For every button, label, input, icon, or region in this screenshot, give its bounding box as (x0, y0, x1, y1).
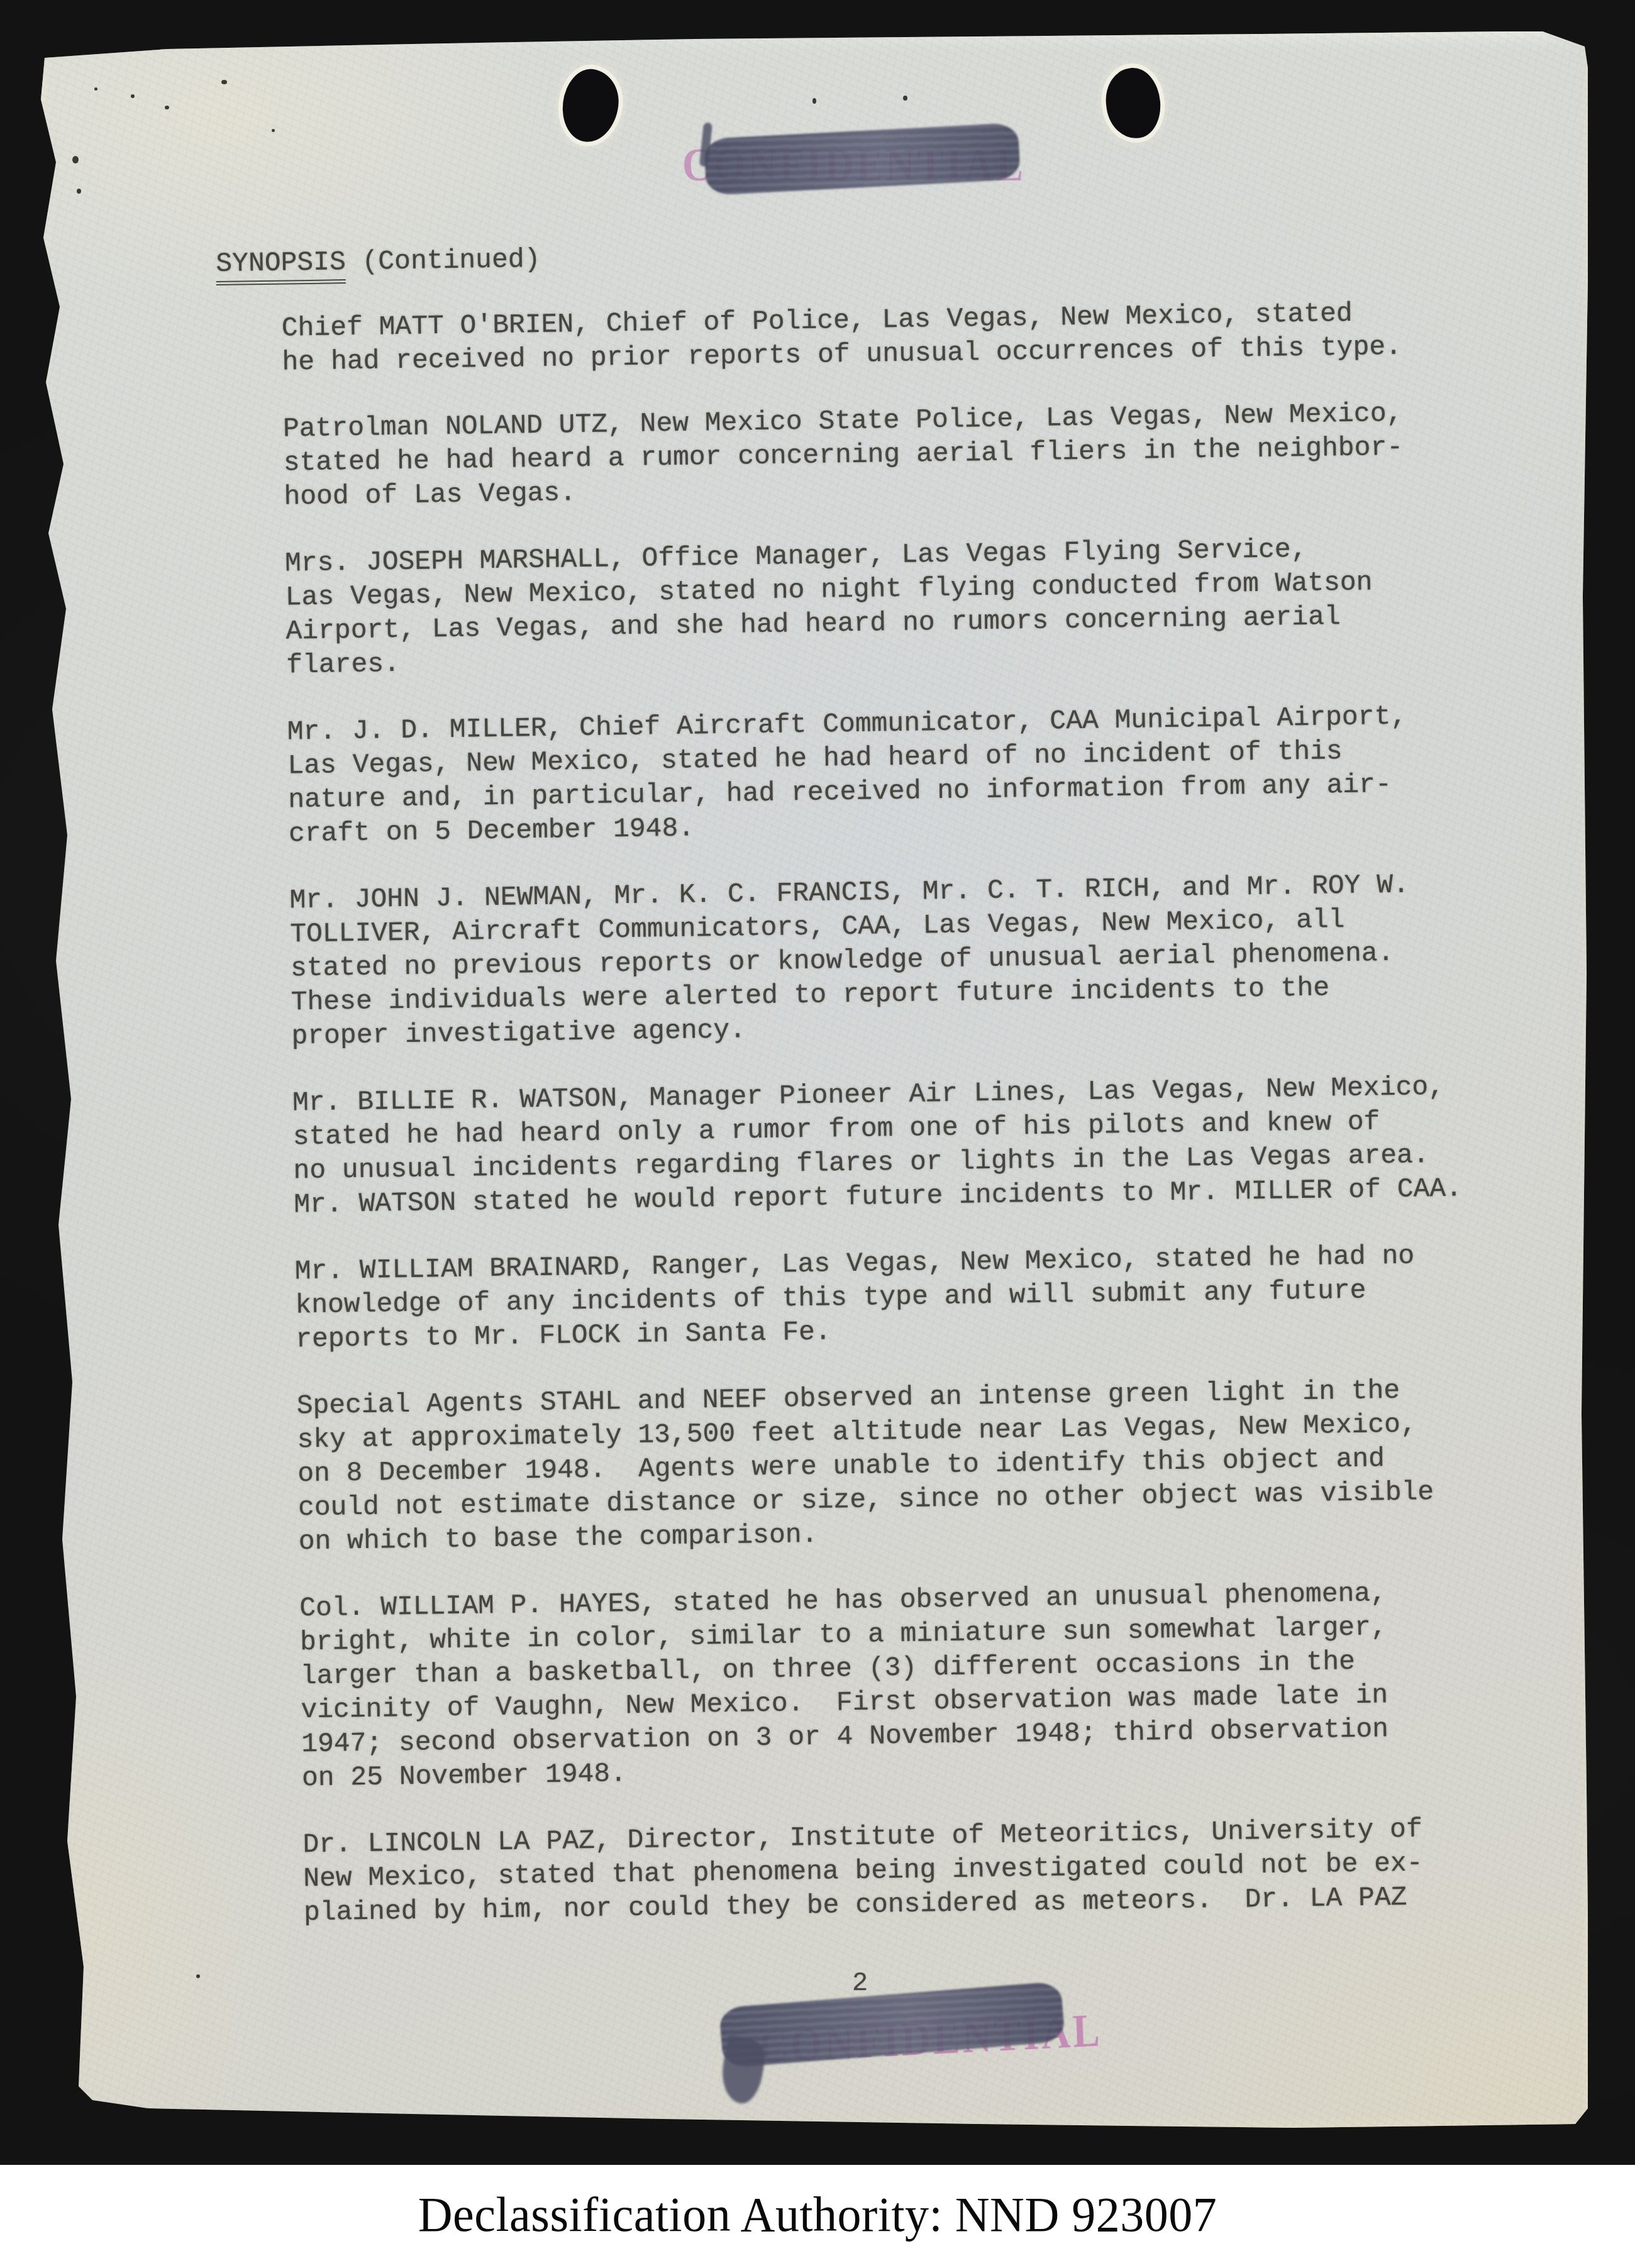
ink-speck (72, 156, 79, 163)
ink-speck (812, 98, 816, 104)
ink-speck (94, 87, 97, 91)
ink-speck (77, 189, 81, 194)
paragraph-utz: Patrolman NOLAND UTZ, New Mexico State P… (283, 396, 1477, 514)
paragraph-stahl-neef: Special Agents STAHL and NEEF observed a… (296, 1373, 1492, 1559)
ink-speck (196, 1974, 200, 1978)
ink-speck (272, 129, 275, 132)
section-heading-suffix: (Continued) (345, 244, 540, 277)
section-heading: SYNOPSIS (Continued) (216, 230, 1474, 281)
paragraph-hayes: Col. WILLIAM P. HAYES, stated he has obs… (299, 1575, 1495, 1795)
section-heading-underlined: SYNOPSIS (216, 246, 346, 285)
punch-hole-right-icon (1103, 65, 1163, 140)
paragraph-obrien: Chief MATT O'BRIEN, Chief of Police, Las… (281, 295, 1475, 379)
paragraph-marshall: Mrs. JOSEPH MARSHALL, Office Manager, La… (285, 530, 1480, 682)
ink-speck (221, 80, 227, 84)
typewritten-content: SYNOPSIS (Continued) Chief MATT O'BRIEN,… (216, 230, 1497, 1931)
punch-hole-left-icon (558, 66, 622, 145)
ink-speck (903, 96, 907, 101)
ink-speck (165, 106, 169, 109)
ink-speck (131, 94, 135, 98)
paragraph-newman: Mr. JOHN J. NEWMAN, Mr. K. C. FRANCIS, M… (289, 867, 1485, 1053)
declassification-footer-text: Declassification Authority: NND 923007 (418, 2186, 1217, 2243)
page-number: 2 (852, 1968, 868, 1998)
document-page: CONFIDENTIAL SYNOPSIS (Continued) Chief … (35, 30, 1588, 2137)
paragraph-lapaz: Dr. LINCOLN LA PAZ, Director, Institute … (302, 1812, 1497, 1930)
synopsis-paragraphs: Chief MATT O'BRIEN, Chief of Police, Las… (281, 295, 1497, 1930)
paragraph-miller: Mr. J. D. MILLER, Chief Aircraft Communi… (287, 699, 1482, 851)
paragraph-brainard: Mr. WILLIAM BRAINARD, Ranger, Las Vegas,… (294, 1238, 1488, 1356)
paragraph-watson: Mr. BILLIE R. WATSON, Manager Pioneer Ai… (292, 1070, 1487, 1222)
declassification-footer: Declassification Authority: NND 923007 (0, 2165, 1635, 2268)
